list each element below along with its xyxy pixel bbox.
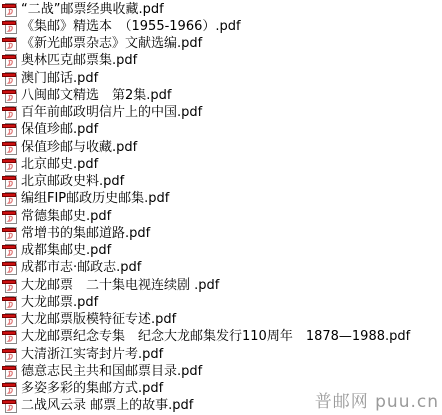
pdf-file-icon bbox=[2, 347, 18, 363]
file-row[interactable]: 大龙邮票.pdf bbox=[0, 294, 442, 311]
file-row[interactable]: 二战风云录 邮票上的故事.pdf bbox=[0, 398, 442, 415]
file-name[interactable]: 大清浙江实寄封片考.pdf bbox=[21, 347, 163, 363]
file-row[interactable]: 百年前邮政明信片上的中国.pdf bbox=[0, 105, 442, 122]
file-name[interactable]: 大龙邮票版模特征专述.pdf bbox=[21, 312, 176, 328]
pdf-file-icon bbox=[2, 260, 18, 276]
file-row[interactable]: 德意志民主共和国邮票目录.pdf bbox=[0, 363, 442, 380]
pdf-file-icon bbox=[2, 191, 18, 207]
pdf-file-icon bbox=[2, 364, 18, 380]
file-row[interactable]: “二战”邮票经典收藏.pdf bbox=[0, 1, 442, 18]
file-name[interactable]: 常增书的集邮道路.pdf bbox=[21, 226, 150, 242]
pdf-file-icon bbox=[2, 140, 18, 156]
file-listing-page: “二战”邮票经典收藏.pdf 《集邮》精选本 （1955-1966）.pdf 《… bbox=[0, 0, 442, 415]
pdf-file-icon bbox=[2, 209, 18, 225]
pdf-file-icon bbox=[2, 398, 18, 414]
file-name[interactable]: 成都集邮史.pdf bbox=[21, 243, 111, 259]
file-row[interactable]: 《新光邮票杂志》文献选编.pdf bbox=[0, 36, 442, 53]
pdf-file-icon bbox=[2, 53, 18, 69]
file-name[interactable]: 百年前邮政明信片上的中国.pdf bbox=[21, 105, 202, 121]
file-name[interactable]: 大龙邮票纪念专集 纪念大龙邮集发行110周年 1878—1988.pdf bbox=[21, 329, 410, 345]
file-row[interactable]: 保值珍邮与收藏.pdf bbox=[0, 139, 442, 156]
file-row[interactable]: 北京邮政史料.pdf bbox=[0, 174, 442, 191]
pdf-file-icon bbox=[2, 122, 18, 138]
pdf-file-icon bbox=[2, 36, 18, 52]
file-name[interactable]: 保值珍邮.pdf bbox=[21, 122, 98, 138]
pdf-file-icon bbox=[2, 88, 18, 104]
pdf-file-icon bbox=[2, 2, 18, 18]
file-row[interactable]: 大龙邮票 二十集电视连续剧 .pdf bbox=[0, 277, 442, 294]
file-row[interactable]: 大龙邮票纪念专集 纪念大龙邮集发行110周年 1878—1988.pdf bbox=[0, 329, 442, 346]
file-name[interactable]: 《集邮》精选本 （1955-1966）.pdf bbox=[21, 19, 241, 35]
file-name[interactable]: 多姿多彩的集邮方式.pdf bbox=[21, 381, 163, 397]
file-row[interactable]: 常德集邮史.pdf bbox=[0, 208, 442, 225]
file-row[interactable]: 《集邮》精选本 （1955-1966）.pdf bbox=[0, 18, 442, 35]
file-row[interactable]: 大清浙江实寄封片考.pdf bbox=[0, 346, 442, 363]
file-name[interactable]: 二战风云录 邮票上的故事.pdf bbox=[21, 398, 193, 414]
file-name[interactable]: 德意志民主共和国邮票目录.pdf bbox=[21, 364, 202, 380]
pdf-file-icon bbox=[2, 157, 18, 173]
file-name[interactable]: 澳门邮话.pdf bbox=[21, 71, 98, 87]
file-name[interactable]: 大龙邮票 二十集电视连续剧 .pdf bbox=[21, 278, 219, 294]
file-name[interactable]: 北京邮政史料.pdf bbox=[21, 174, 124, 190]
file-name[interactable]: “二战”邮票经典收藏.pdf bbox=[21, 2, 164, 18]
file-row[interactable]: 奥林匹克邮票集.pdf bbox=[0, 53, 442, 70]
file-name[interactable]: 北京邮史.pdf bbox=[21, 157, 98, 173]
file-row[interactable]: 多姿多彩的集邮方式.pdf bbox=[0, 381, 442, 398]
file-list: “二战”邮票经典收藏.pdf 《集邮》精选本 （1955-1966）.pdf 《… bbox=[0, 0, 442, 415]
pdf-file-icon bbox=[2, 381, 18, 397]
file-name[interactable]: 保值珍邮与收藏.pdf bbox=[21, 140, 137, 156]
pdf-file-icon bbox=[2, 105, 18, 121]
file-name[interactable]: 编组FIP邮政历史邮集.pdf bbox=[21, 191, 169, 207]
pdf-file-icon bbox=[2, 226, 18, 242]
file-row[interactable]: 编组FIP邮政历史邮集.pdf bbox=[0, 191, 442, 208]
file-row[interactable]: 常增书的集邮道路.pdf bbox=[0, 225, 442, 242]
file-row[interactable]: 八闽邮文精选 第2集.pdf bbox=[0, 87, 442, 104]
file-name[interactable]: 常德集邮史.pdf bbox=[21, 209, 111, 225]
pdf-file-icon bbox=[2, 243, 18, 259]
file-row[interactable]: 北京邮史.pdf bbox=[0, 156, 442, 173]
file-row[interactable]: 成都市志·邮政志.pdf bbox=[0, 260, 442, 277]
file-name[interactable]: 奥林匹克邮票集.pdf bbox=[21, 53, 137, 69]
pdf-file-icon bbox=[2, 174, 18, 190]
file-name[interactable]: 成都市志·邮政志.pdf bbox=[21, 260, 141, 276]
file-name[interactable]: 《新光邮票杂志》文献选编.pdf bbox=[21, 36, 202, 52]
pdf-file-icon bbox=[2, 278, 18, 294]
pdf-file-icon bbox=[2, 71, 18, 87]
file-row[interactable]: 成都集邮史.pdf bbox=[0, 243, 442, 260]
pdf-file-icon bbox=[2, 329, 18, 345]
file-name[interactable]: 大龙邮票.pdf bbox=[21, 295, 98, 311]
file-row[interactable]: 大龙邮票版模特征专述.pdf bbox=[0, 312, 442, 329]
pdf-file-icon bbox=[2, 312, 18, 328]
file-row[interactable]: 澳门邮话.pdf bbox=[0, 70, 442, 87]
file-name[interactable]: 八闽邮文精选 第2集.pdf bbox=[21, 88, 171, 104]
pdf-file-icon bbox=[2, 295, 18, 311]
pdf-file-icon bbox=[2, 19, 18, 35]
file-row[interactable]: 保值珍邮.pdf bbox=[0, 122, 442, 139]
